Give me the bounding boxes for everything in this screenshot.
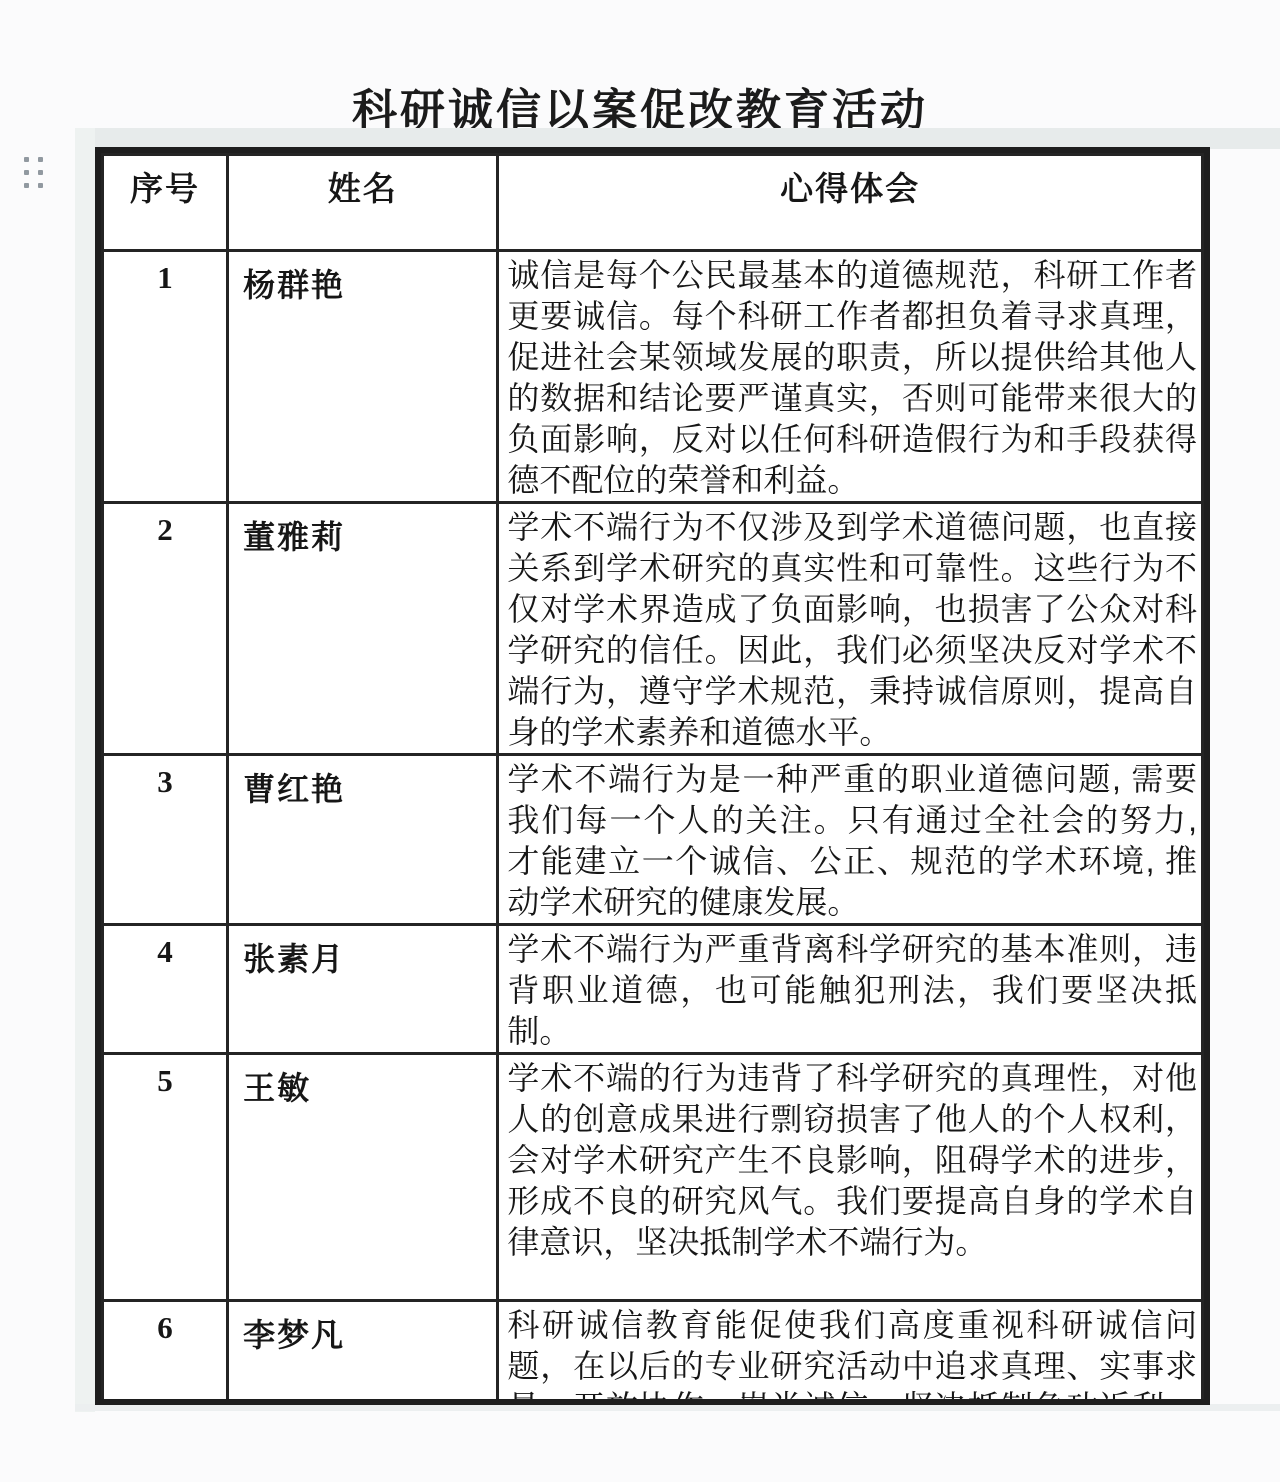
drag-handle-icon[interactable] bbox=[24, 157, 46, 191]
header-cell-reflection[interactable]: 心得体会 bbox=[498, 155, 1203, 251]
cell-row-number[interactable]: 3 bbox=[103, 755, 228, 925]
table-row: 3 曹红艳 学术不端行为是一种严重的职业道德问题, 需要我们每一个人的关注。只有… bbox=[103, 755, 1203, 925]
table-row: 4 张素月 学术不端行为严重背离科学研究的基本准则，违背职业道德，也可能触犯刑法… bbox=[103, 925, 1203, 1054]
table-row: 5 王敏 学术不端的行为违背了科学研究的真理性，对他人的创意成果进行剽窃损害了他… bbox=[103, 1054, 1203, 1301]
cell-name[interactable]: 曹红艳 bbox=[228, 755, 498, 925]
table-row: 6 李梦凡 科研诚信教育能促使我们高度重视科研诚信问题，在以后的专业研究活动中追… bbox=[103, 1301, 1203, 1406]
cell-reflection[interactable]: 诚信是每个公民最基本的道德规范，科研工作者更要诚信。每个科研工作者都担负着寻求真… bbox=[498, 251, 1203, 503]
cell-name[interactable]: 张素月 bbox=[228, 925, 498, 1054]
cell-row-number[interactable]: 4 bbox=[103, 925, 228, 1054]
cell-name[interactable]: 王敏 bbox=[228, 1054, 498, 1301]
page-bottom-margin bbox=[75, 1404, 1280, 1411]
cell-name[interactable]: 李梦凡 bbox=[228, 1301, 498, 1406]
cell-row-number[interactable]: 5 bbox=[103, 1054, 228, 1301]
reflection-text: 学术不端行为严重背离科学研究的基本准则，违背职业道德，也可能触犯刑法，我们要坚决… bbox=[499, 926, 1201, 1052]
reflection-text: 诚信是每个公民最基本的道德规范，科研工作者更要诚信。每个科研工作者都担负着寻求真… bbox=[499, 252, 1201, 501]
reflection-text: 学术不端的行为违背了科学研究的真理性，对他人的创意成果进行剽窃损害了他人的个人权… bbox=[499, 1055, 1201, 1263]
cell-name[interactable]: 董雅莉 bbox=[228, 503, 498, 755]
cell-name[interactable]: 杨群艳 bbox=[228, 251, 498, 503]
header-cell-name[interactable]: 姓名 bbox=[228, 155, 498, 251]
cell-row-number[interactable]: 1 bbox=[103, 251, 228, 503]
page-top-margin bbox=[75, 128, 1280, 149]
cell-reflection[interactable]: 学术不端行为严重背离科学研究的基本准则，违背职业道德，也可能触犯刑法，我们要坚决… bbox=[498, 925, 1203, 1054]
cell-reflection[interactable]: 学术不端行为不仅涉及到学术道德问题，也直接关系到学术研究的真实性和可靠性。这些行… bbox=[498, 503, 1203, 755]
table-row: 1 杨群艳 诚信是每个公民最基本的道德规范，科研工作者更要诚信。每个科研工作者都… bbox=[103, 251, 1203, 503]
reflection-text: 科研诚信教育能促使我们高度重视科研诚信问题，在以后的专业研究活动中追求真理、实事… bbox=[499, 1302, 1201, 1405]
reflection-text: 学术不端行为是一种严重的职业道德问题, 需要我们每一个人的关注。只有通过全社会的… bbox=[499, 756, 1201, 923]
reflection-text: 学术不端行为不仅涉及到学术道德问题，也直接关系到学术研究的真实性和可靠性。这些行… bbox=[499, 504, 1201, 753]
table-row: 2 董雅莉 学术不端行为不仅涉及到学术道德问题，也直接关系到学术研究的真实性和可… bbox=[103, 503, 1203, 755]
cell-row-number[interactable]: 6 bbox=[103, 1301, 228, 1406]
table-header-row: 序号 姓名 心得体会 bbox=[103, 155, 1203, 251]
cell-reflection[interactable]: 学术不端的行为违背了科学研究的真理性，对他人的创意成果进行剽窃损害了他人的个人权… bbox=[498, 1054, 1203, 1301]
cell-reflection[interactable]: 学术不端行为是一种严重的职业道德问题, 需要我们每一个人的关注。只有通过全社会的… bbox=[498, 755, 1203, 925]
page-left-margin bbox=[75, 128, 95, 1412]
reflections-table: 序号 姓名 心得体会 1 杨群艳 诚信是每个公民最基本的道德规范，科研工作者更要… bbox=[95, 147, 1210, 1405]
cell-row-number[interactable]: 2 bbox=[103, 503, 228, 755]
header-cell-no[interactable]: 序号 bbox=[103, 155, 228, 251]
cell-reflection[interactable]: 科研诚信教育能促使我们高度重视科研诚信问题，在以后的专业研究活动中追求真理、实事… bbox=[498, 1301, 1203, 1406]
